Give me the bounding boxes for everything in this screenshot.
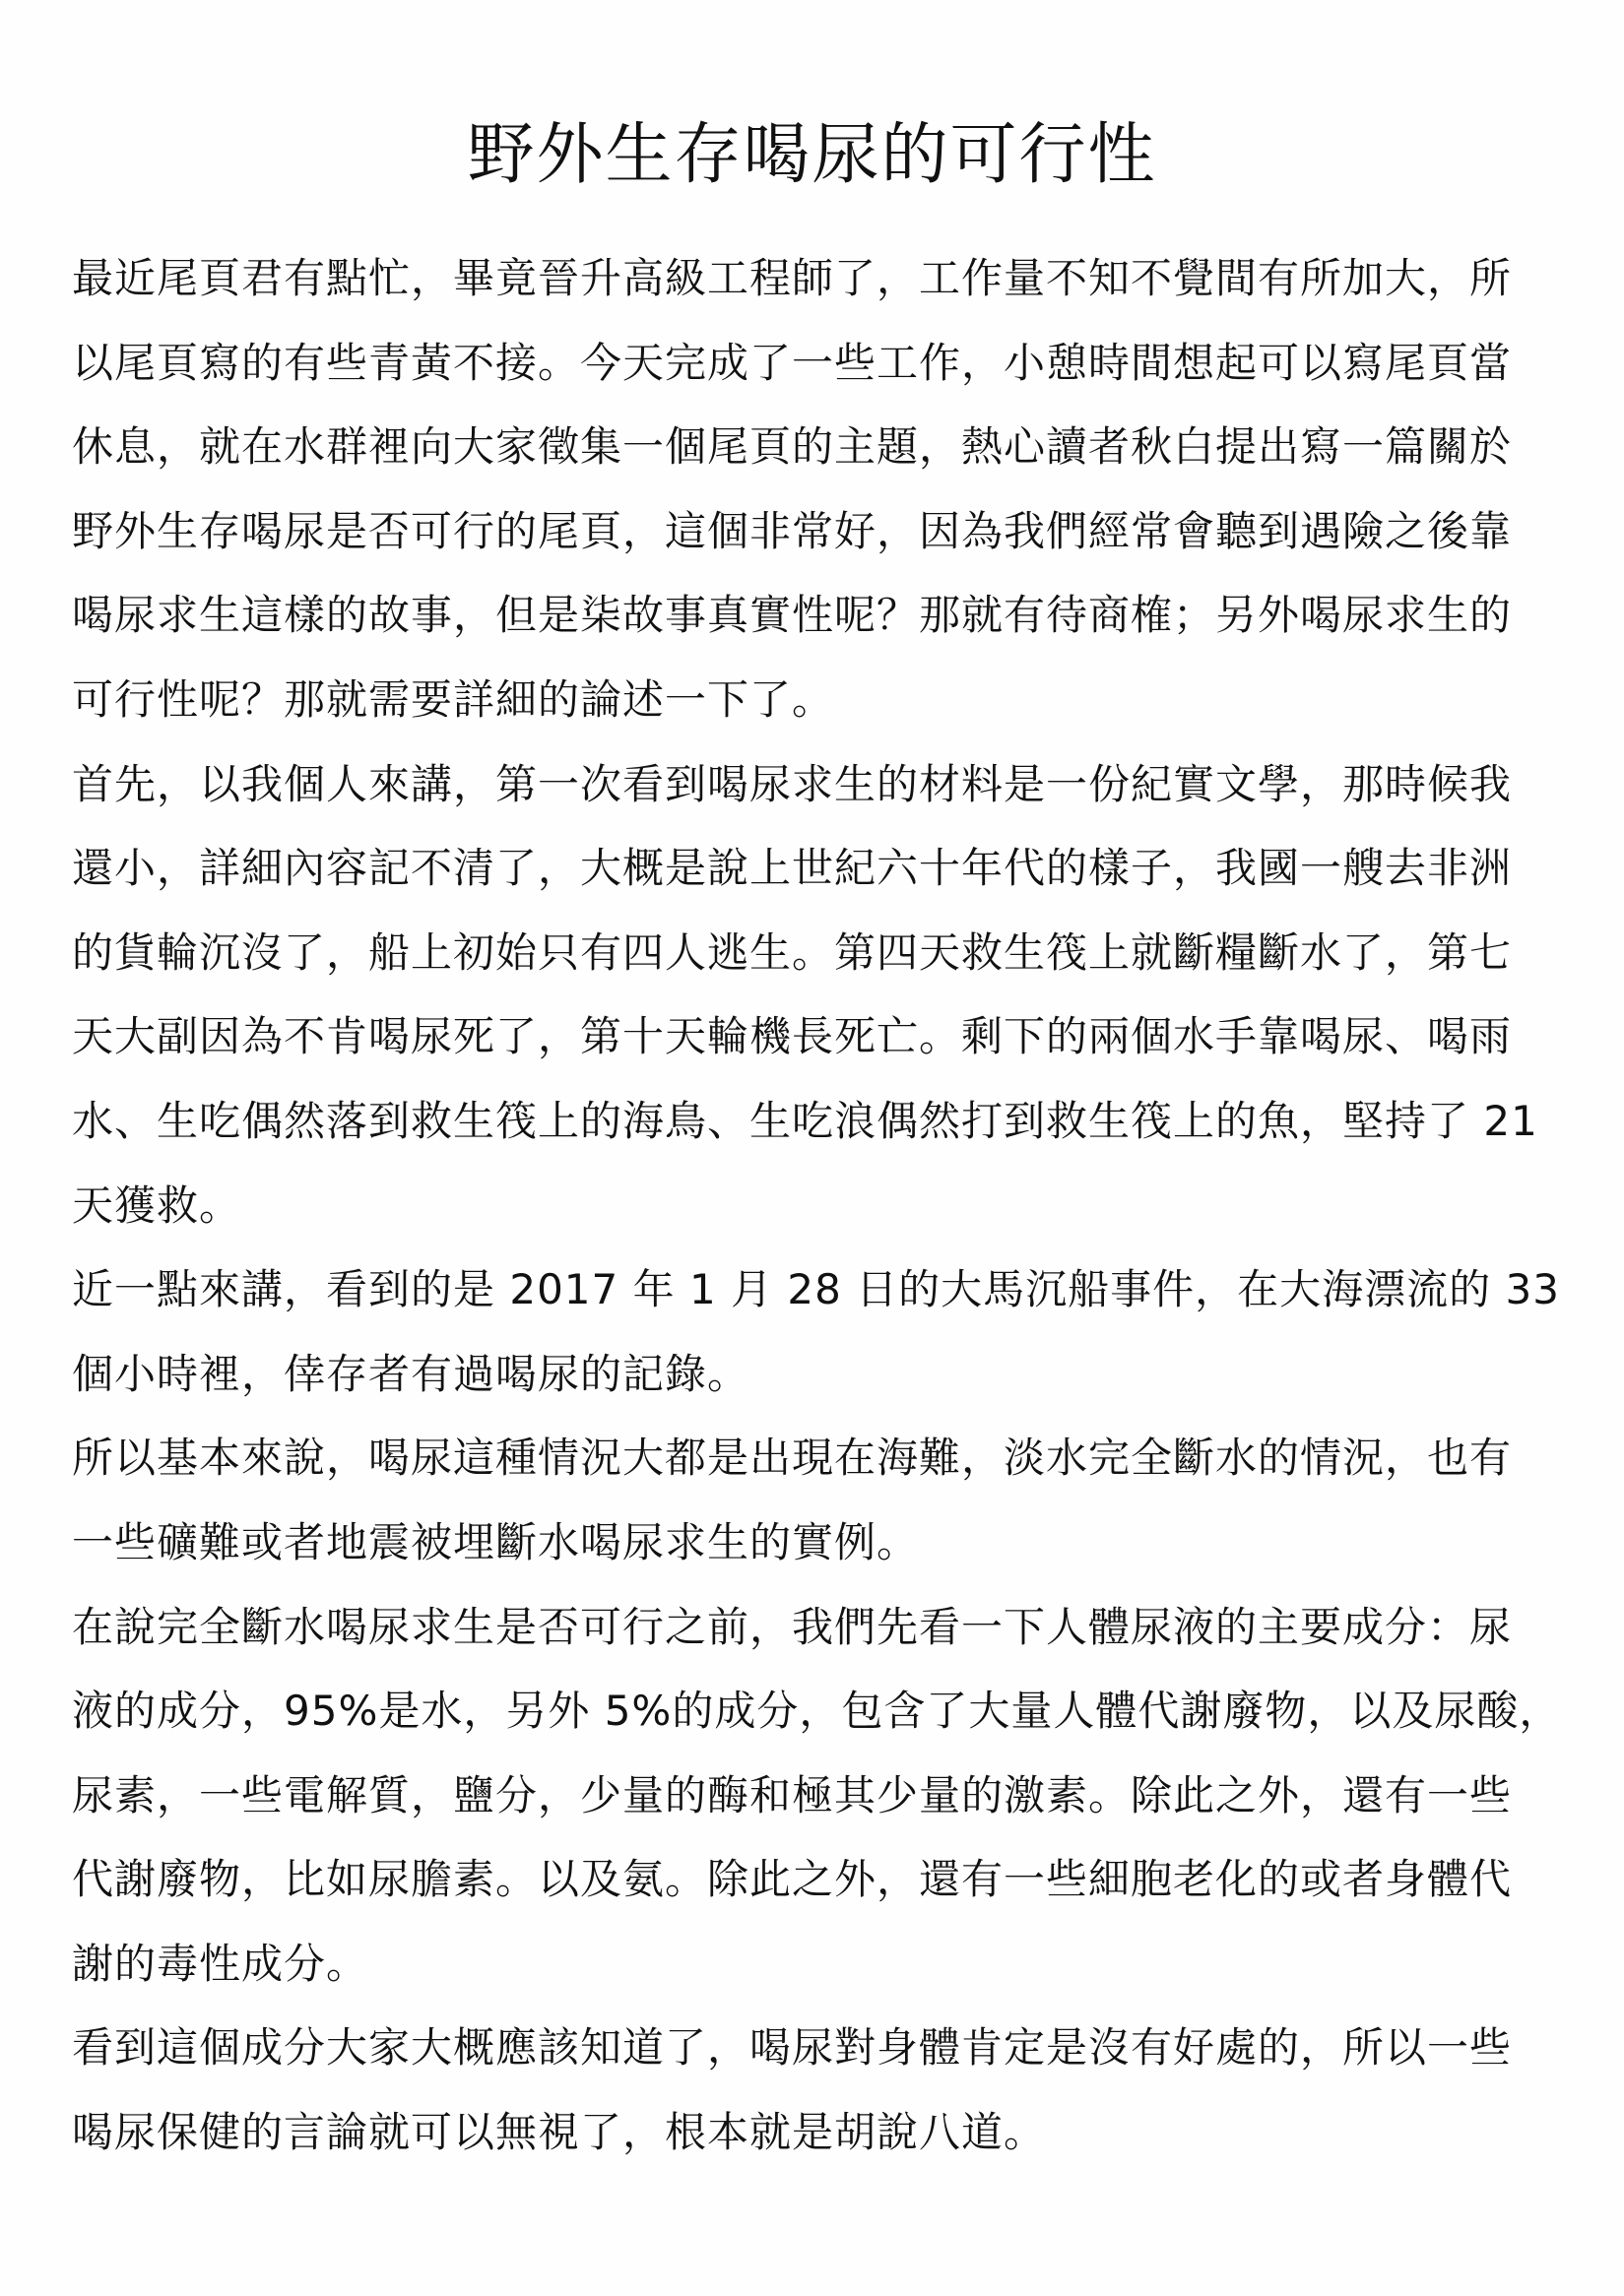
text-line: 謝的毒性成分。 — [72, 1922, 1569, 2007]
text-line: 代謝廢物，比如尿膽素。以及氨。除此之外，還有一些細胞老化的或者身體代 — [72, 1837, 1569, 1922]
text-line: 以尾頁寫的有些青黃不接。今天完成了一些工作，小憩時間想起可以寫尾頁當 — [72, 321, 1569, 406]
text-line: 可行性呢？那就需要詳細的論述一下了。 — [72, 658, 1569, 742]
text-line: 天獲救。 — [72, 1164, 1569, 1248]
text-line: 野外生存喝尿是否可行的尾頁，這個非常好，因為我們經常會聽到遇險之後靠 — [72, 489, 1569, 574]
text-line: 個小時裡，倖存者有過喝尿的記錄。 — [72, 1332, 1569, 1417]
text-line: 休息，就在水群裡向大家徵集一個尾頁的主題，熱心讀者秋白提出寫一篇關於 — [72, 405, 1569, 489]
text-line: 喝尿求生這樣的故事，但是柒故事真實性呢？那就有待商榷；另外喝尿求生的 — [72, 573, 1569, 658]
text-line: 最近尾頁君有點忙，畢竟晉升高級工程師了，工作量不知不覺間有所加大，所 — [72, 236, 1569, 321]
text-line: 所以基本來說，喝尿這種情況大都是出現在海難，淡水完全斷水的情況，也有 — [72, 1416, 1569, 1500]
text-line: 首先，以我個人來講，第一次看到喝尿求生的材料是一份紀實文學，那時候我 — [72, 742, 1569, 827]
text-line: 天大副因為不肯喝尿死了，第十天輪機長死亡。剩下的兩個水手靠喝尿、喝雨 — [72, 994, 1569, 1079]
text-line: 還小，詳細內容記不清了，大概是說上世紀六十年代的樣子，我國一艘去非洲 — [72, 826, 1569, 911]
paragraph-recent-event: 近一點來講，看到的是 2017 年 1 月 28 日的大馬沉船事件，在大海漂流的… — [72, 1247, 1569, 1416]
text-line: 尿素，一些電解質，鹽分，少量的酶和極其少量的激素。除此之外，還有一些 — [72, 1754, 1569, 1838]
document-page: 野外生存喝尿的可行性 最近尾頁君有點忙，畢竟晉升高級工程師了，工作量不知不覺間有… — [0, 0, 1624, 2296]
paragraph-first-story: 首先，以我個人來講，第一次看到喝尿求生的材料是一份紀實文學，那時候我 還小，詳細… — [72, 742, 1569, 1248]
text-line: 近一點來講，看到的是 2017 年 1 月 28 日的大馬沉船事件，在大海漂流的… — [72, 1247, 1569, 1332]
document-title: 野外生存喝尿的可行性 — [0, 116, 1624, 195]
paragraph-urine-composition: 在說完全斷水喝尿求生是否可行之前，我們先看一下人體尿液的主要成分：尿 液的成分，… — [72, 1585, 1569, 2007]
document-body: 最近尾頁君有點忙，畢竟晉升高級工程師了，工作量不知不覺間有所加大，所 以尾頁寫的… — [72, 236, 1569, 2175]
text-line: 水、生吃偶然落到救生筏上的海鳥、生吃浪偶然打到救生筏上的魚，堅持了 21 — [72, 1079, 1569, 1164]
text-line: 一些礦難或者地震被埋斷水喝尿求生的實例。 — [72, 1500, 1569, 1585]
text-line: 看到這個成分大家大概應該知道了，喝尿對身體肯定是沒有好處的，所以一些 — [72, 2006, 1569, 2090]
text-line: 液的成分，95%是水，另外 5%的成分，包含了大量人體代謝廢物，以及尿酸， — [72, 1669, 1569, 1754]
text-line: 的貨輪沉沒了，船上初始只有四人逃生。第四天救生筏上就斷糧斷水了，第七 — [72, 911, 1569, 995]
paragraph-conclusion: 看到這個成分大家大概應該知道了，喝尿對身體肯定是沒有好處的，所以一些 喝尿保健的… — [72, 2006, 1569, 2174]
paragraph-summary: 所以基本來說，喝尿這種情況大都是出現在海難，淡水完全斷水的情況，也有 一些礦難或… — [72, 1416, 1569, 1584]
text-line: 在說完全斷水喝尿求生是否可行之前，我們先看一下人體尿液的主要成分：尿 — [72, 1585, 1569, 1670]
text-line: 喝尿保健的言論就可以無視了，根本就是胡說八道。 — [72, 2090, 1569, 2175]
paragraph-intro: 最近尾頁君有點忙，畢竟晉升高級工程師了，工作量不知不覺間有所加大，所 以尾頁寫的… — [72, 236, 1569, 742]
